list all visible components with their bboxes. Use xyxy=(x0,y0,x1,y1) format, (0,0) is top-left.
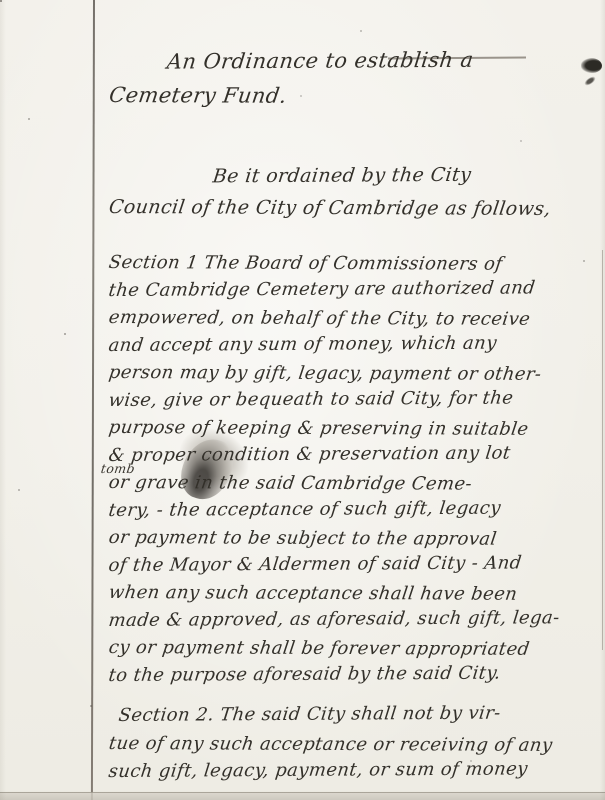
scanned-manuscript-page: An Ordinance to establish a Cemetery Fun… xyxy=(0,0,605,800)
manuscript-line: Be it ordained by the City xyxy=(107,159,603,192)
right-page-edge-line xyxy=(602,250,603,650)
manuscript-line: Section 2. The said City shall not by vi… xyxy=(107,699,603,730)
manuscript-text: An Ordinance to establish a Cemetery Fun… xyxy=(107,46,599,786)
page-bottom-edge xyxy=(0,792,605,800)
manuscript-line: of the Mayor & Aldermen of said City - A… xyxy=(107,548,603,579)
manuscript-line: and accept any sum of money, which any xyxy=(107,328,603,359)
manuscript-line: Council of the City of Cambridge as foll… xyxy=(107,192,603,224)
manuscript-line: the Cambridge Cemetery are authorized an… xyxy=(107,273,603,304)
manuscript-line: wise, give or bequeath to said City, for… xyxy=(107,383,603,414)
manuscript-line: & proper condition & preservation any lo… xyxy=(107,438,603,469)
title-line: Cemetery Fund. xyxy=(107,79,603,114)
section-2-paragraph: Section 2. The said City shall not by vi… xyxy=(107,702,599,786)
manuscript-line: made & approved, as aforesaid, such gift… xyxy=(107,603,603,634)
manuscript-line: tery, - the acceptance of such gift, leg… xyxy=(107,493,603,524)
title-line: An Ordinance to establish a xyxy=(107,43,603,79)
scan-speckles xyxy=(0,0,2,2)
manuscript-line: such gift, legacy, payment, or sum of mo… xyxy=(107,755,603,786)
document-title: An Ordinance to establish a Cemetery Fun… xyxy=(107,46,599,112)
section-1-paragraph: tomb Section 1 The Board of Commissioner… xyxy=(107,249,599,689)
left-margin-rule xyxy=(91,0,95,800)
manuscript-line: to the purpose aforesaid by the said Cit… xyxy=(107,658,603,689)
enacting-clause: Be it ordained by the City Council of th… xyxy=(107,162,599,222)
